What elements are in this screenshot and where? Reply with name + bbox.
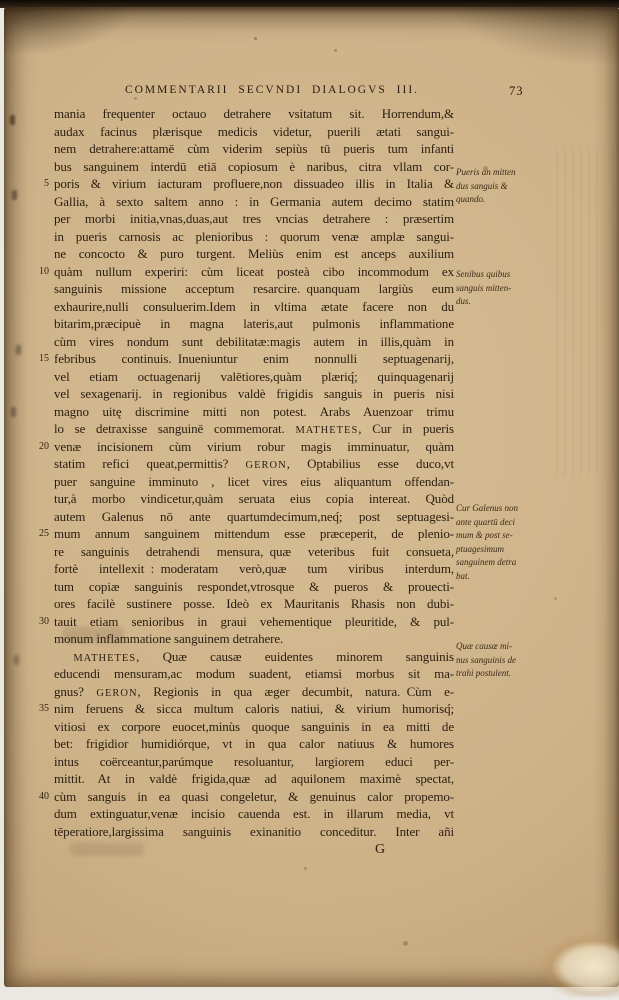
text-line-content: ores facilè sustinere posse. Ideò ex Mau… — [54, 596, 454, 611]
text-line-content: intus coërceantur,parúmque resoluantur, … — [54, 754, 454, 769]
text-line-content: gnus? GERON, Regionis in qua æger decumb… — [54, 684, 454, 699]
text-line: nem detrahere:attamē cùm viderim sepiùs … — [54, 140, 454, 158]
margin-note: Quæ causæ mi- nus sanguinis de trahi pos… — [456, 640, 536, 681]
text-line-content: tauit etiam senioribus in graui vehement… — [54, 614, 454, 629]
text-line-content: nem detrahere:attamē cùm viderim sepiùs … — [54, 141, 454, 156]
line-number: 5 — [27, 175, 49, 193]
text-line: fortè intellexit : moderatam verò,quæ tu… — [54, 560, 454, 578]
text-line-content: mum annum sanguinem mittendum esse præce… — [54, 526, 454, 541]
line-number: 15 — [27, 350, 49, 368]
text-line: vitiosi ex corpore euocet,minùs quoque s… — [54, 718, 454, 736]
line-number: 10 — [27, 263, 49, 281]
text-line-content: poris & virium iacturam profluere,non di… — [54, 176, 454, 191]
text-line-content: cùm sanguis in ea quasi congeletur, & ge… — [54, 789, 454, 804]
text-line: exhaurire,nulli consuluerim.Idem in vlti… — [54, 298, 454, 316]
text-line-content: quàm nullum experiri: cùm liceat posteà … — [54, 264, 454, 279]
text-line: statim refici queat,permittis? GERON, Op… — [54, 455, 454, 473]
text-line: monum inflammatione sanguinem detrahere. — [54, 630, 454, 648]
text-line-content: dum extinguatur,venæ incisio cauenda est… — [54, 806, 454, 821]
text-line-content: exhaurire,nulli consuluerim.Idem in vlti… — [54, 299, 454, 314]
speaker-name: GERON — [246, 460, 287, 471]
text-line: in pueris carnosis ac plenioribus : quor… — [54, 228, 454, 246]
text-line: sanguinis missione acceptum resarcire. q… — [54, 280, 454, 298]
paper-texture-streaks — [556, 147, 614, 477]
text-line-content: in pueris carnosis ac plenioribus : quor… — [54, 229, 454, 244]
text-line: magno uitę discrimine mitti non potest. … — [54, 403, 454, 421]
text-line: audax facinus plærisque medicis videtur,… — [54, 123, 454, 141]
left-edge-marks — [10, 115, 15, 125]
text-line-content: Gallia, à sexto saltem anno : in Germani… — [54, 194, 454, 209]
text-line-content: nim feruens & sicca multum caloris natiu… — [54, 701, 454, 716]
margin-note: Pueris an mitten dus sanguis & quando. — [456, 166, 536, 207]
text-line: mittit. At in valdè frigida,quæ ad aquil… — [54, 770, 454, 788]
text-line: febribus continuis. Inueniuntur enim non… — [54, 350, 454, 368]
text-line: cùm sanguis in ea quasi congeletur, & ge… — [54, 788, 454, 806]
text-line: tum copiæ sanguinis respondet,vtrosque &… — [54, 578, 454, 596]
line-number: 25 — [27, 525, 49, 543]
text-line: puer sanguine imminuto , licet vires eiu… — [54, 473, 454, 491]
speaker-name: MATHETES — [295, 425, 358, 436]
body-text: mania frequenter octauo detrahere vsitat… — [54, 105, 454, 840]
line-number: 20 — [27, 438, 49, 456]
margin-note: Senibus quibus sanguis mitten- dus. — [456, 268, 536, 309]
text-line-content: venæ incisionem cùm virium robur magis i… — [54, 439, 454, 454]
text-line: quàm nullum experiri: cùm liceat posteà … — [54, 263, 454, 281]
scanned-book-photo: COMMENTARII SECVNDI DIALOGVS III. 73 man… — [0, 0, 619, 1000]
text-line: poris & virium iacturam profluere,non di… — [54, 175, 454, 193]
ink-showthrough-smudge — [70, 843, 144, 856]
page-number: 73 — [509, 84, 524, 99]
text-line-content: bus sanguinem interdū etiā copiosum è na… — [54, 159, 454, 174]
page-scan: COMMENTARII SECVNDI DIALOGVS III. 73 man… — [4, 7, 619, 987]
line-number: 30 — [27, 613, 49, 631]
line-number: 40 — [27, 788, 49, 806]
text-line-content: monum inflammatione sanguinem detrahere. — [54, 631, 283, 646]
text-line: cùm vires nondum sunt debilitatæ:magis a… — [54, 333, 454, 351]
text-line-content: vitiosi ex corpore euocet,minùs quoque s… — [54, 719, 454, 734]
text-line-content: audax facinus plærisque medicis videtur,… — [54, 124, 454, 139]
text-line: dum extinguatur,venæ incisio cauenda est… — [54, 805, 454, 823]
text-line-content: lo se detraxisse sanguinē commemorat. MA… — [54, 421, 454, 436]
text-line-content: bet: frigidior humidiórque, vt in qua ca… — [54, 736, 454, 751]
text-line: bet: frigidior humidiórque, vt in qua ca… — [54, 735, 454, 753]
text-line-content: vel etiam octuagenarij valētiores,quàm p… — [54, 369, 454, 384]
text-line: ores facilè sustinere posse. Ideò ex Mau… — [54, 595, 454, 613]
text-line: intus coërceantur,parúmque resoluantur, … — [54, 753, 454, 771]
text-line-content: sanguinis missione acceptum resarcire. q… — [54, 281, 454, 296]
text-line: mum annum sanguinem mittendum esse præce… — [54, 525, 454, 543]
text-line-content: vel sexagenarij. in regionibus valdè fri… — [54, 386, 454, 401]
running-header: COMMENTARII SECVNDI DIALOGVS III. — [92, 84, 452, 96]
paper-stain — [542, 935, 619, 997]
text-line: Gallia, à sexto saltem anno : in Germani… — [54, 193, 454, 211]
text-line: mania frequenter octauo detrahere vsitat… — [54, 105, 454, 123]
text-line-content: ne concocto & puro turgent. Meliùs enim … — [54, 246, 454, 261]
foxing-specks — [254, 37, 257, 40]
text-line-content: tur,à morbo vindicetur,quàm seruata eius… — [54, 491, 454, 506]
text-line: nim feruens & sicca multum caloris natiu… — [54, 700, 454, 718]
text-line: re sanguinis detrahendi mensura, quæ vet… — [54, 543, 454, 561]
text-line: vel sexagenarij. in regionibus valdè fri… — [54, 385, 454, 403]
text-line-content: febribus continuis. Inueniuntur enim non… — [54, 351, 454, 366]
speaker-name: GERON — [96, 688, 137, 699]
text-line-content: mittit. At in valdè frigida,quæ ad aquil… — [54, 771, 454, 786]
text-line-content: mania frequenter octauo detrahere vsitat… — [54, 106, 454, 121]
text-line: vel etiam octuagenarij valētiores,quàm p… — [54, 368, 454, 386]
text-line-content: tēperatiore,largissima sanguinis exinani… — [54, 824, 454, 839]
text-line-content: cùm vires nondum sunt debilitatæ:magis a… — [54, 334, 454, 349]
text-line-content: puer sanguine imminuto , licet vires eiu… — [54, 474, 454, 489]
text-line-content: re sanguinis detrahendi mensura, quæ vet… — [54, 544, 454, 559]
line-number: 35 — [27, 700, 49, 718]
speaker-name: MATHETES — [73, 653, 136, 664]
text-line: per morbi initia,vnas,duas,aut tres vnci… — [54, 210, 454, 228]
text-line: lo se detraxisse sanguinē commemorat. MA… — [54, 420, 454, 438]
text-line: gnus? GERON, Regionis in qua æger decumb… — [54, 683, 454, 701]
text-line-content: statim refici queat,permittis? GERON, Op… — [54, 456, 454, 471]
text-line-content: magno uitę discrimine mitti non potest. … — [54, 404, 454, 419]
text-line-content: educendi mensuram,ac modum suadent, etia… — [54, 666, 454, 681]
text-line: tēperatiore,largissima sanguinis exinani… — [54, 823, 454, 841]
text-line: tur,à morbo vindicetur,quàm seruata eius… — [54, 490, 454, 508]
text-line: educendi mensuram,ac modum suadent, etia… — [54, 665, 454, 683]
margin-note: Cur Galenus non ante quartū deci mum & p… — [456, 502, 536, 583]
text-line: ne concocto & puro turgent. Meliùs enim … — [54, 245, 454, 263]
text-line-content: tum copiæ sanguinis respondet,vtrosque &… — [54, 579, 454, 594]
text-line-content: bitarim,præcipuè in magna lateris,aut pu… — [54, 316, 454, 331]
text-line: venæ incisionem cùm virium robur magis i… — [54, 438, 454, 456]
text-line: MATHETES, Quæ causæ euidentes minorem sa… — [54, 648, 454, 666]
text-line-content: per morbi initia,vnas,duas,aut tres vnci… — [54, 211, 454, 226]
text-line: tauit etiam senioribus in graui vehement… — [54, 613, 454, 631]
text-line: autem Galenus nō ante quartumdecimum,neq… — [54, 508, 454, 526]
catchword: G — [375, 842, 385, 858]
text-line-content: MATHETES, Quæ causæ euidentes minorem sa… — [54, 649, 454, 664]
text-line-content: autem Galenus nō ante quartumdecimum,neq… — [54, 509, 454, 524]
text-line: bus sanguinem interdū etiā copiosum è na… — [54, 158, 454, 176]
text-line: bitarim,præcipuè in magna lateris,aut pu… — [54, 315, 454, 333]
text-line-content: fortè intellexit : moderatam verò,quæ tu… — [54, 561, 454, 576]
